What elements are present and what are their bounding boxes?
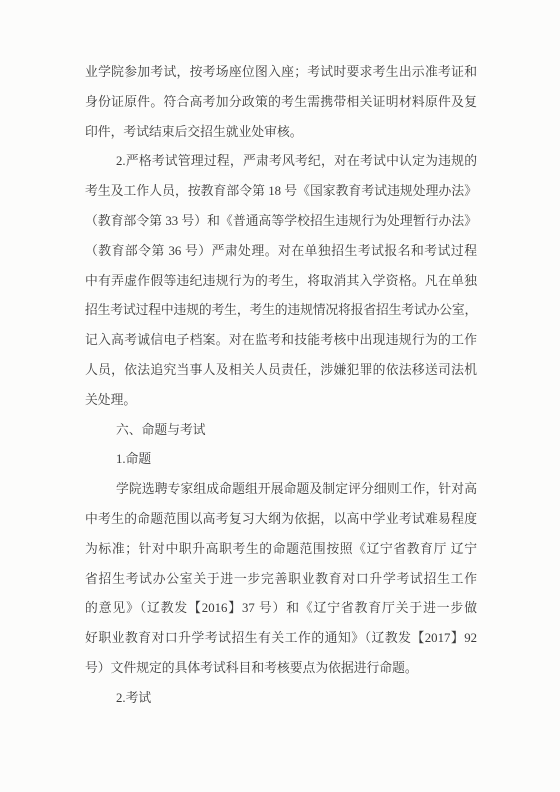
text-line: 印件，考试结束后交招生就业处审核。 (85, 118, 477, 148)
text-line: 招生考试过程中违规的考生，考生的违规情况将报省招生考试办公室， (85, 296, 477, 326)
paragraph-proposition-detail: 学院选聘专家组成命题组开展命题及制定评分细则工作，针对高 中考生的命题范围以高考… (85, 475, 477, 684)
section-heading-six: 六、命题与考试 (85, 416, 477, 446)
paragraph-exam-admission: 业学院参加考试，按考场座位图入座；考试时要求考生出示准考证和 身份证原件。符合高… (85, 58, 477, 147)
subheading-line: 1.命题 (85, 445, 477, 475)
text-line: 中考生的命题范围以高考复习大纲为依据，以高中学业考试难易程度 (85, 505, 477, 535)
text-line: 关处理。 (85, 386, 477, 416)
text-line: 身份证原件。符合高考加分政策的考生需携带相关证明材料原件及复 (85, 88, 477, 118)
text-line: 的意见》（辽教发【2016】37 号）和《辽宁省教育厅关于进一步做 (85, 594, 477, 624)
text-line: 好职业教育对口升学考试招生有关工作的通知》（辽教发【2017】92 (85, 624, 477, 654)
paragraph-exam-discipline: 2.严格考试管理过程，严肃考风考纪，对在考试中认定为违规的 考生及工作人员，按教… (85, 147, 477, 415)
text-line: 省招生考试办公室关于进一步完善职业教育对口升学考试招生工作 (85, 565, 477, 595)
subheading-2-exam: 2.考试 (85, 684, 477, 714)
text-line: （教育部令第 36 号）严肃处理。对在单独招生考试报名和考试过程 (85, 237, 477, 267)
document-page: 业学院参加考试，按考场座位图入座；考试时要求考生出示准考证和 身份证原件。符合高… (0, 0, 560, 792)
heading-line: 六、命题与考试 (85, 416, 477, 446)
page-text-content: 业学院参加考试，按考场座位图入座；考试时要求考生出示准考证和 身份证原件。符合高… (85, 58, 477, 714)
subheading-1-proposition: 1.命题 (85, 445, 477, 475)
text-line: 考生及工作人员，按教育部令第 18 号《国家教育考试违规处理办法》 (85, 177, 477, 207)
text-line: （教育部令第 33 号）和《普通高等学校招生违规行为处理暂行办法》 (85, 207, 477, 237)
text-line: 号）文件规定的具体考试科目和考核要点为依据进行命题。 (85, 654, 477, 684)
text-line: 业学院参加考试，按考场座位图入座；考试时要求考生出示准考证和 (85, 58, 477, 88)
text-line: 记入高考诚信电子档案。对在监考和技能考核中出现违规行为的工作 (85, 326, 477, 356)
text-line: 人员，依法追究当事人及相关人员责任，涉嫌犯罪的依法移送司法机 (85, 356, 477, 386)
text-line: 学院选聘专家组成命题组开展命题及制定评分细则工作，针对高 (85, 475, 477, 505)
text-line: 中有弄虚作假等违纪违规行为的考生，将取消其入学资格。凡在单独 (85, 267, 477, 297)
subheading-line: 2.考试 (85, 684, 477, 714)
text-line: 为标准；针对中职升高职考生的命题范围按照《辽宁省教育厅 辽宁 (85, 535, 477, 565)
text-line: 2.严格考试管理过程，严肃考风考纪，对在考试中认定为违规的 (85, 147, 477, 177)
